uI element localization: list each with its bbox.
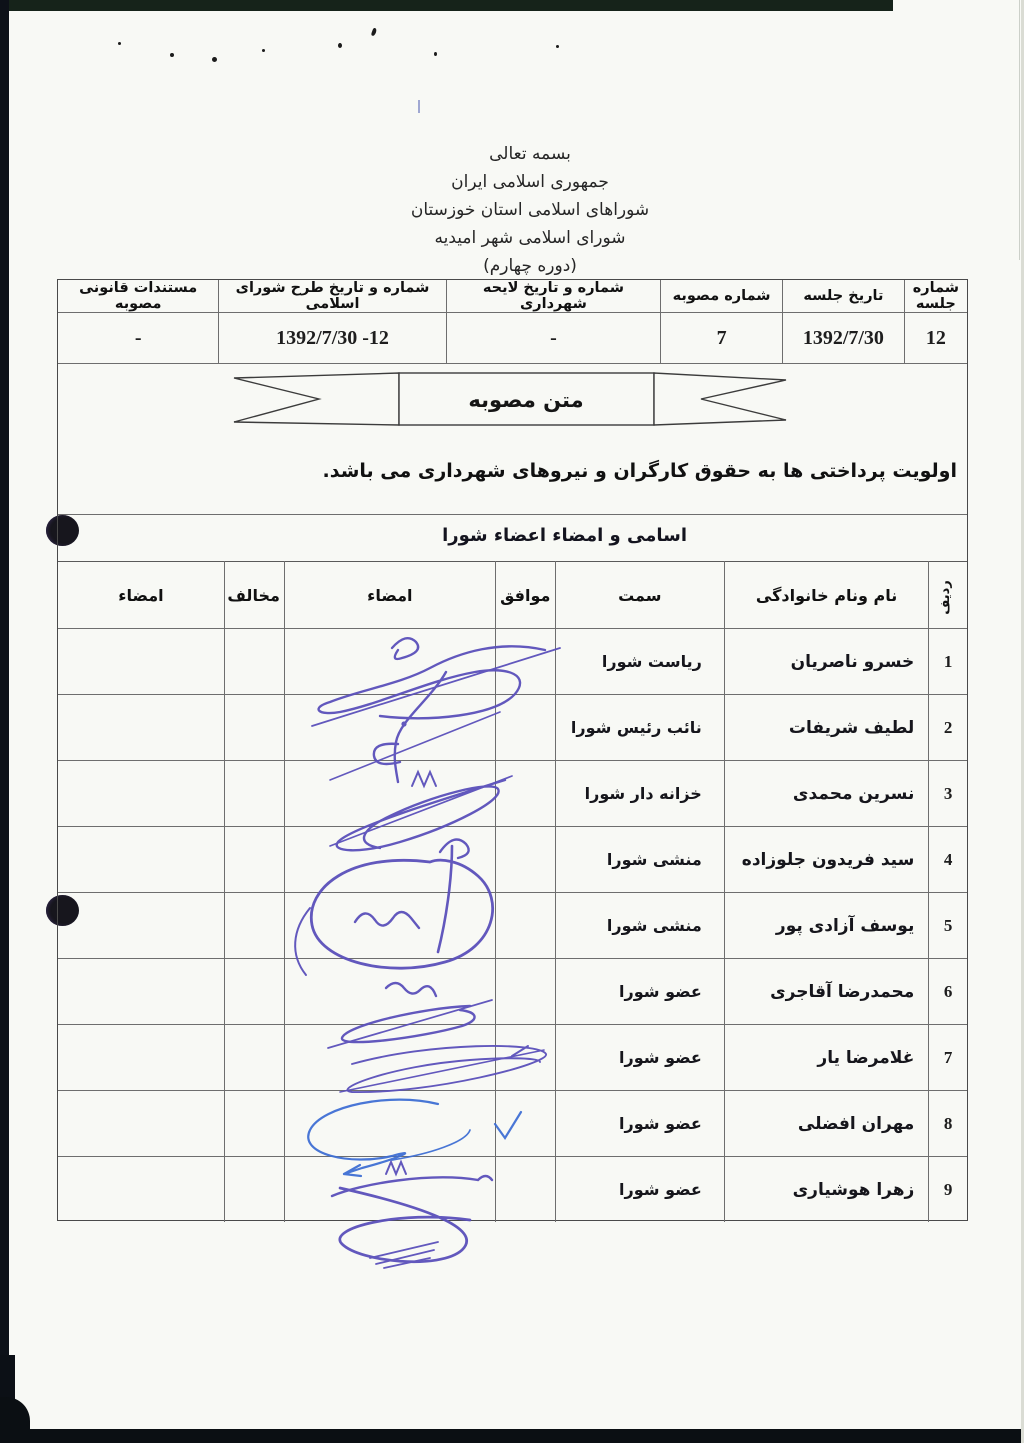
member-row-6: 6 محمدرضا آقاجری عضو شورا [58,959,967,1025]
meta-header-session-no: شماره جلسه [904,280,967,313]
row-no: 4 [929,827,967,893]
scan-speck-blue [418,100,420,113]
scan-speck [118,42,121,45]
member-name: خسرو ناصریان [724,629,929,695]
signature2-cell [58,629,224,695]
agree-cell [495,1025,555,1091]
col-header-name: نام ونام خانوادگی [724,562,929,629]
member-row-3: 3 نسرین محمدی خزانه دار شورا [58,761,967,827]
signature-cell [284,695,495,761]
header-line-republic: جمهوری اسلامی ایران [0,168,1024,196]
signature2-cell [58,959,224,1025]
member-role: نائب رئیس شورا [555,695,724,761]
resolution-ribbon: متن مصوبه [231,371,789,427]
resolution-text: اولویت پرداختی ها به حقوق کارگران و نیرو… [68,460,957,482]
member-row-8: 8 مهران افضلی عضو شورا [58,1091,967,1157]
header-line-bismillah: بسمه تعالی [0,140,1024,168]
document-header: بسمه تعالی جمهوری اسلامی ایران شوراهای ا… [0,140,1024,280]
member-role: منشی شورا [555,827,724,893]
signature-cell [284,1025,495,1091]
meta-header-legal-docs: مستندات قانونی مصوبه [58,280,219,313]
member-name: لطیف شریفات [724,695,929,761]
ribbon-banner-graphic: متن مصوبه [231,371,789,427]
row-no: 5 [929,893,967,959]
row-no: 9 [929,1157,967,1223]
member-row-5: 5 یوسف آزادی پور منشی شورا [58,893,967,959]
ribbon-left-tail [234,373,399,425]
scan-speck [262,49,265,52]
scan-speck [556,45,559,48]
row-no: 3 [929,761,967,827]
oppose-cell [224,893,284,959]
members-heading: اسامی و امضاء اعضاء شورا [442,525,687,546]
oppose-cell [224,1025,284,1091]
oppose-cell [224,1157,284,1223]
signature-cell [284,959,495,1025]
header-line-province-councils: شوراهای اسلامی استان خوزستان [0,196,1024,224]
scan-edge-top [0,0,893,11]
oppose-cell [224,695,284,761]
scan-speck [212,57,217,62]
meta-value-resolution-no: 7 [661,313,783,364]
header-line-city-council: شورای اسلامی شهر امیدیه [0,224,1024,252]
member-name: زهرا هوشیاری [724,1157,929,1223]
agree-cell [495,629,555,695]
member-row-4: 4 سید فریدون جلوزاده منشی شورا [58,827,967,893]
oppose-cell [224,761,284,827]
scan-speck [170,53,174,57]
member-role: خزانه دار شورا [555,761,724,827]
member-row-2: 2 لطیف شریفات نائب رئیس شورا [58,695,967,761]
signature-ink-row9 [370,1242,438,1268]
member-row-7: 7 غلامرضا یار عضو شورا [58,1025,967,1091]
signature-cell [284,893,495,959]
signature2-cell [58,761,224,827]
row-no: 2 [929,695,967,761]
ribbon-right-tail [654,373,786,425]
member-role: عضو شورا [555,1025,724,1091]
meta-table: شماره جلسه تاریخ جلسه شماره مصوبه شماره … [58,280,967,364]
signature2-cell [58,827,224,893]
oppose-cell [224,1091,284,1157]
agree-cell [495,959,555,1025]
agree-cell [495,893,555,959]
oppose-cell [224,629,284,695]
meta-header-row: شماره جلسه تاریخ جلسه شماره مصوبه شماره … [58,280,967,313]
signature2-cell [58,1091,224,1157]
member-row-9: 9 زهرا هوشیاری عضو شورا [58,1157,967,1223]
scanned-council-resolution-page: { "page": { "header_lines": [ "بسمه تعال… [0,0,1024,1443]
resolution-section: متن مصوبه اولویت پرداختی ها به حقوق کارگ… [58,364,967,515]
signature-cell [284,827,495,893]
row-no: 7 [929,1025,967,1091]
signature2-cell [58,893,224,959]
member-name: یوسف آزادی پور [724,893,929,959]
meta-value-council-plan: 1392/7/30 -12 [219,313,446,364]
row-no: 6 [929,959,967,1025]
meta-header-session-date: تاریخ جلسه [782,280,904,313]
member-name: غلامرضا یار [724,1025,929,1091]
col-header-agree: موافق [495,562,555,629]
member-role: عضو شورا [555,959,724,1025]
meta-header-municipality-bill: شماره و تاریخ لایحه شهرداری [446,280,661,313]
meta-value-session-date: 1392/7/30 [782,313,904,364]
col-header-row-no: ردیف [929,562,967,629]
col-header-role: سمت [555,562,724,629]
member-role: عضو شورا [555,1157,724,1223]
meta-value-session-no: 12 [904,313,967,364]
row-no: 1 [929,629,967,695]
member-role: ریاست شورا [555,629,724,695]
header-line-term: (دوره چهارم) [0,252,1024,280]
col-header-signature: امضاء [284,562,495,629]
agree-cell [495,827,555,893]
row-no: 8 [929,1091,967,1157]
meta-value-municipality-bill: - [446,313,661,364]
meta-header-council-plan: شماره و تاریخ طرح شورای اسلامی [219,280,446,313]
col-header-oppose: مخالف [224,562,284,629]
signature-cell [284,1157,495,1223]
members-header-row: ردیف نام ونام خانوادگی سمت موافق امضاء م… [58,562,967,629]
signature2-cell [58,1025,224,1091]
signature-cell [284,761,495,827]
oppose-cell [224,959,284,1025]
oppose-cell [224,827,284,893]
meta-value-row: 12 1392/7/30 7 - 1392/7/30 -12 - [58,313,967,364]
member-name: سید فریدون جلوزاده [724,827,929,893]
agree-cell [495,1091,555,1157]
scan-speck [371,28,377,37]
member-name: مهران افضلی [724,1091,929,1157]
member-name: محمدرضا آقاجری [724,959,929,1025]
scan-speck [338,43,342,48]
meta-header-resolution-no: شماره مصوبه [661,280,783,313]
col-header-signature-2: امضاء [58,562,224,629]
agree-cell [495,1157,555,1223]
signature-cell [284,1091,495,1157]
member-row-1: 1 خسرو ناصریان ریاست شورا [58,629,967,695]
agree-cell [495,695,555,761]
members-heading-row: اسامی و امضاء اعضاء شورا [58,515,967,561]
member-role: عضو شورا [555,1091,724,1157]
scan-edge-bottom [0,1429,1024,1443]
meta-value-legal-docs: - [58,313,219,364]
signature2-cell [58,695,224,761]
resolution-form: شماره جلسه تاریخ جلسه شماره مصوبه شماره … [57,279,968,1221]
scan-speck [434,52,437,56]
signature-cell [284,629,495,695]
paper-rounded-corner [0,1397,30,1443]
ribbon-label: متن مصوبه [468,388,583,412]
member-name: نسرین محمدی [724,761,929,827]
member-role: منشی شورا [555,893,724,959]
agree-cell [495,761,555,827]
members-table: ردیف نام ونام خانوادگی سمت موافق امضاء م… [58,561,967,1222]
signature2-cell [58,1157,224,1223]
row-no-label: ردیف [938,580,953,615]
